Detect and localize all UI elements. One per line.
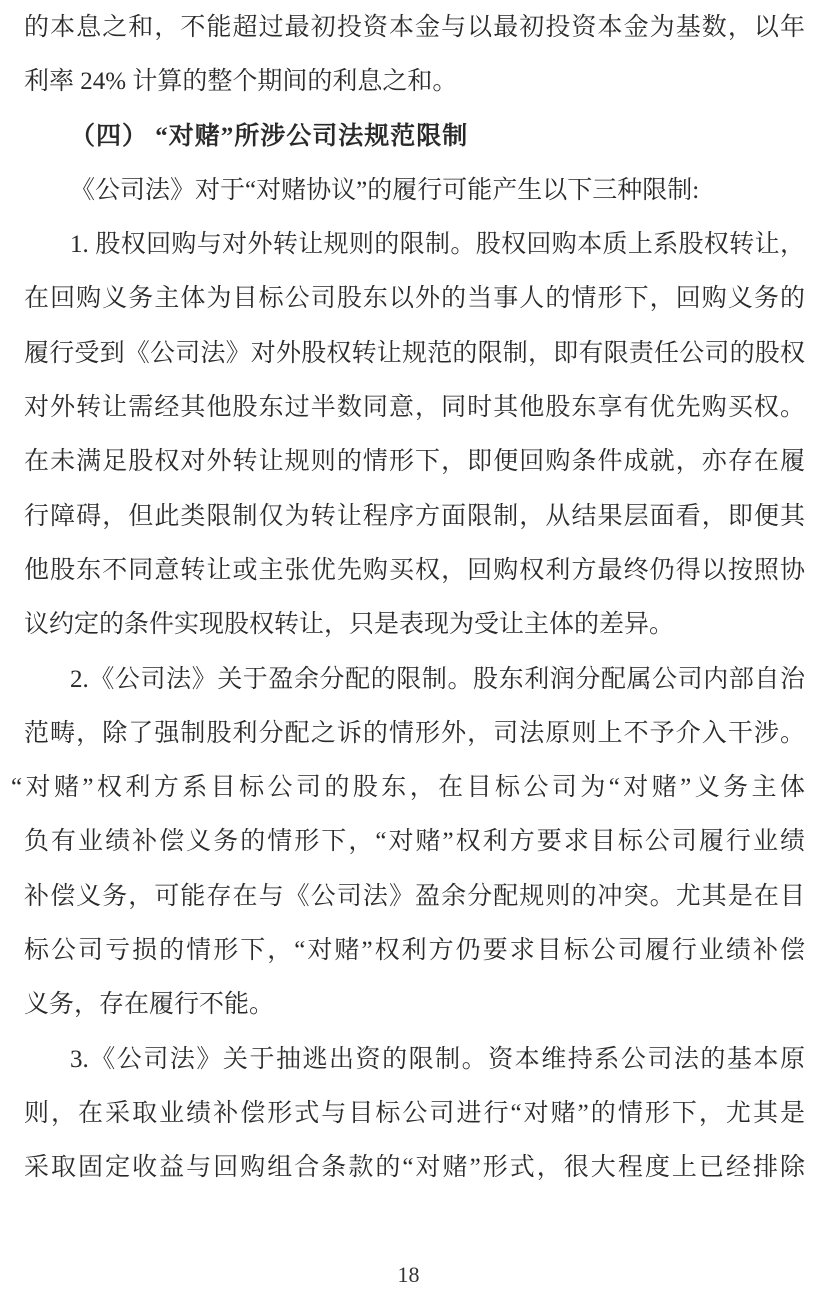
text-line: 3.《公司法》关于抽逃出资的限制。资本维持系公司法的基本原	[24, 1033, 805, 1087]
section-heading: （四） “对赌”所涉公司法规范限制	[24, 110, 805, 164]
text-line: 负有业绩补偿义务的情形下，“对赌”权利方要求目标公司履行业绩	[24, 815, 805, 869]
document-page: 的本息之和，不能超过最初投资本金与以最初投资本金为基数，以年利率 24% 计算的…	[0, 0, 817, 1314]
text-line: 议约定的条件实现股权转让，只是表现为受让主体的差异。	[24, 598, 805, 652]
text-block: 的本息之和，不能超过最初投资本金与以最初投资本金为基数，以年利率 24% 计算的…	[24, 1, 805, 1196]
text-line: 采取固定收益与回购组合条款的“对赌”形式，很大程度上已经排除	[24, 1141, 805, 1195]
page-footer: 18	[0, 1262, 817, 1288]
text-line: 的本息之和，不能超过最初投资本金与以最初投资本金为基数，以年	[24, 1, 805, 55]
text-line: 标公司亏损的情形下，“对赌”权利方仍要求目标公司履行业绩补偿	[24, 924, 805, 978]
text-line: 对外转让需经其他股东过半数同意，同时其他股东享有优先购买权。	[24, 381, 805, 435]
text-line: 补偿义务，可能存在与《公司法》盈余分配规则的冲突。尤其是在目	[24, 870, 805, 924]
text-line: 行障碍，但此类限制仅为转让程序方面限制，从结果层面看，即便其	[24, 490, 805, 544]
text-line: 在回购义务主体为目标公司股东以外的当事人的情形下，回购义务的	[24, 272, 805, 326]
text-line: 范畴，除了强制股利分配之诉的情形外，司法原则上不予介入干涉。	[24, 707, 805, 761]
text-line: 2.《公司法》关于盈余分配的限制。股东利润分配属公司内部自治	[24, 653, 805, 707]
text-line: 履行受到《公司法》对外股权转让规范的限制，即有限责任公司的股权	[24, 327, 805, 381]
text-line: 《公司法》对于“对赌协议”的履行可能产生以下三种限制:	[24, 164, 805, 218]
text-line: 1. 股权回购与对外转让规则的限制。股权回购本质上系股权转让，	[24, 218, 805, 272]
text-line: 他股东不同意转让或主张优先购买权，回购权利方最终仍得以按照协	[24, 544, 805, 598]
text-line: 利率 24% 计算的整个期间的利息之和。	[24, 55, 805, 109]
text-line: 义务，存在履行不能。	[24, 978, 805, 1032]
text-line: 则，在采取业绩补偿形式与目标公司进行“对赌”的情形下，尤其是	[24, 1087, 805, 1141]
text-line: 在未满足股权对外转让规则的情形下，即便回购条件成就，亦存在履	[24, 435, 805, 489]
page-number: 18	[398, 1262, 420, 1287]
text-line: “对赌”权利方系目标公司的股东，在目标公司为“对赌”义务主体	[24, 761, 805, 815]
